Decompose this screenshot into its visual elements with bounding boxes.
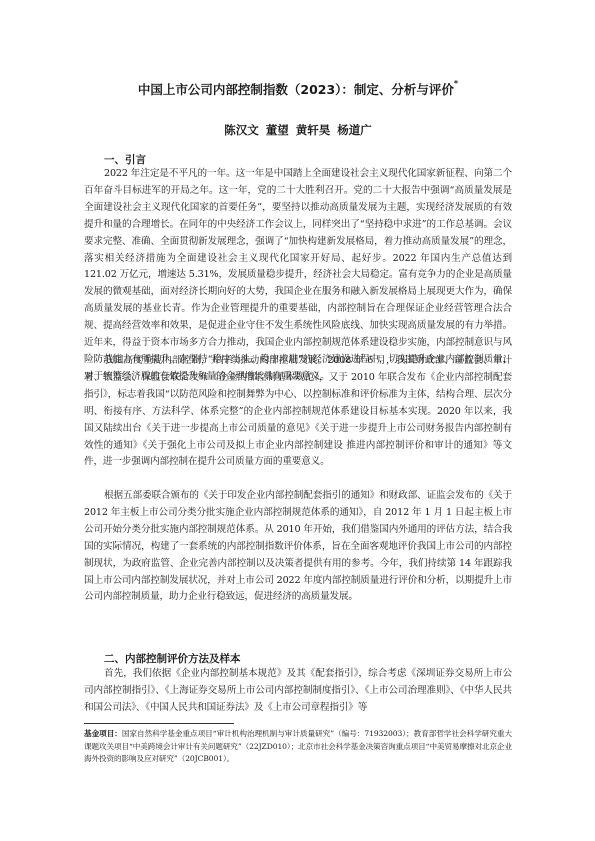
title-footnote-mark: *	[454, 79, 458, 88]
paragraph-intro-2: 我国高度重视内部控制，并持续推动内部控制发展。2008 年 6 月，我国财政部、…	[84, 353, 512, 471]
paper-title: 中国上市公司内部控制指数（2023）：制定、分析与评价*	[84, 80, 512, 98]
author-list: 陈汉文 董望 黄轩昊 杨道广	[84, 122, 512, 138]
section-heading-introduction: 一、引言	[104, 152, 146, 167]
title-text: 中国上市公司内部控制指数（2023）：制定、分析与评价	[138, 82, 454, 97]
footnote-text: 国家自然科学基金重点项目“审计机构治理机制与审计质量研究”（编号：7193200…	[84, 729, 512, 763]
paragraph-method-1: 首先，我们依据《企业内部控制基本规范》及其《配套指引》，综合考虑《深圳证券交易所…	[84, 666, 512, 717]
footnote-divider	[84, 723, 234, 724]
funding-footnote: 基金项目：国家自然科学基金重点项目“审计机构治理机制与审计质量研究”（编号：71…	[84, 728, 512, 766]
footnote-label: 基金项目：	[84, 729, 122, 738]
paragraph-intro-3: 根据五部委联合颁布的《关于印发企业内部控制配套指引的通知》和财政部、证监会发布的…	[84, 488, 512, 606]
section-heading-method: 二、内部控制评价方法及样本	[104, 651, 241, 666]
